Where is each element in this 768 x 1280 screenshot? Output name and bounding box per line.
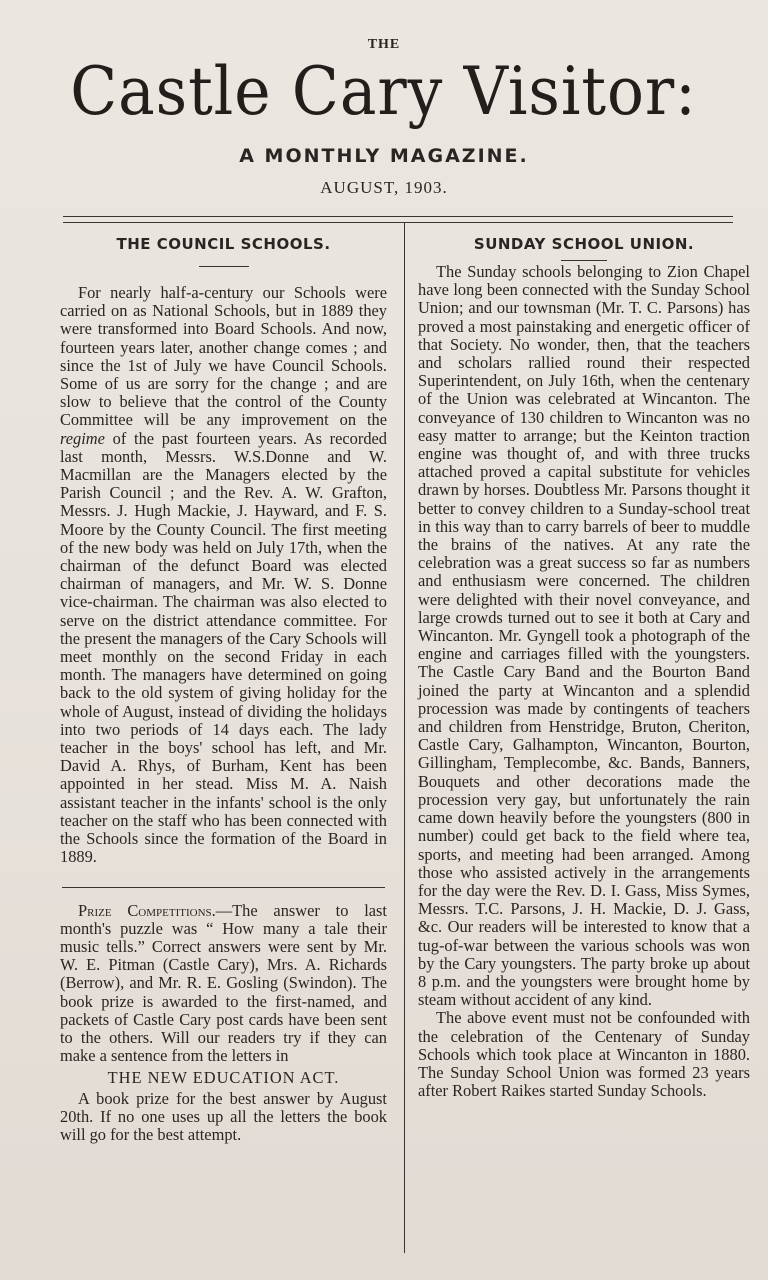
sunday-school-union-heading: SUNDAY SCHOOL UNION. (418, 232, 750, 256)
council-schools-heading: THE COUNCIL SCHOOLS. (60, 232, 387, 256)
masthead-the: THE (0, 37, 768, 53)
prize-text: —The answer to last month's puzzle was “… (60, 901, 387, 1066)
heading-rule (199, 266, 249, 267)
section-separator (62, 887, 385, 888)
sunday-school-paragraph-2: The above event must not be confounded w… (418, 1009, 750, 1100)
puzzle-phrase: THE NEW EDUCATION ACT. (60, 1069, 387, 1087)
italic-word: regime (60, 429, 105, 448)
article-text: of the past fourteen years. As recorded … (60, 429, 387, 867)
article-text: For nearly half-a-century our Schools we… (60, 283, 387, 429)
prize-competitions-lead: Prize Competitions. (78, 901, 216, 920)
sunday-school-paragraph-1: The Sunday schools belonging to Zion Cha… (418, 263, 750, 1009)
magazine-page: THE Castle Cary Visitor: A MONTHLY MAGAZ… (0, 0, 768, 1280)
column-divider (404, 223, 405, 1253)
masthead-double-rule (63, 216, 733, 223)
left-column: THE COUNCIL SCHOOLS. For nearly half-a-c… (60, 232, 387, 1144)
prize-competitions-paragraph: Prize Competitions.—The answer to last m… (60, 902, 387, 1066)
right-column: SUNDAY SCHOOL UNION. The Sunday schools … (418, 232, 750, 1100)
council-schools-article: For nearly half-a-century our Schools we… (60, 284, 387, 867)
prize-closing: A book prize for the best answer by Augu… (60, 1090, 387, 1145)
heading-rule (561, 260, 607, 261)
magazine-subtitle: A MONTHLY MAGAZINE. (0, 145, 768, 167)
magazine-title: Castle Cary Visitor: (58, 52, 709, 132)
issue-date: AUGUST, 1903. (0, 178, 768, 198)
